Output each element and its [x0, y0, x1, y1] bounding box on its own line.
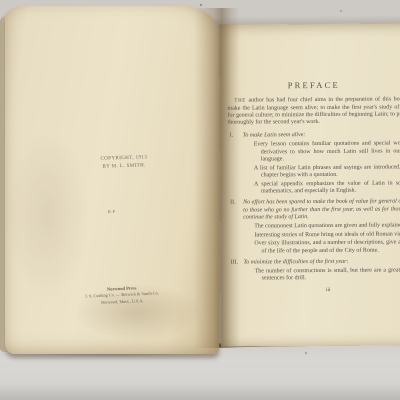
section-item: Every lesson contains familiar quotation…: [261, 141, 400, 164]
section-heading: To make Latin seem alive:: [243, 133, 306, 139]
section-item: Over sixty illustrations, and a number o…: [261, 240, 400, 256]
section-item: A list of familiar Latin phrases and say…: [261, 164, 400, 180]
intro-body: author has had four chief aims in the pr…: [227, 97, 400, 126]
printer-mark: K·P: [108, 209, 115, 214]
intro-lead-word: The: [234, 99, 246, 104]
book-photo: COPYRIGHT, 1913 BY M. L. SMITH. K·P Norw…: [0, 0, 400, 400]
section-items: The number of constructions is small, bu…: [244, 267, 400, 283]
section-heading: To minimize the difficulties of the firs…: [243, 259, 348, 266]
preface-text-column: PREFACE The author has had four chief ai…: [227, 81, 400, 295]
section-item: A special appendix emphasizes the value …: [261, 180, 400, 196]
section-item: Interesting stories of Rome bring out id…: [261, 231, 400, 239]
section-item: The commonest Latin quotations are given…: [261, 222, 400, 230]
section-item: The number of constructions is small, bu…: [262, 267, 400, 283]
preface-intro: The author has had four chief aims in th…: [227, 97, 400, 127]
preface-title: PREFACE: [227, 81, 400, 90]
copyright-block: COPYRIGHT, 1913 BY M. L. SMITH.: [86, 155, 162, 170]
preface-section-3: III. To minimize the difficulties of the…: [228, 258, 400, 283]
section-items: Every lesson contains familiar quotation…: [243, 141, 400, 196]
section-numeral: I.: [230, 133, 234, 140]
section-heading: No effort has been spared to make the bo…: [243, 199, 400, 221]
section-numeral: III.: [230, 260, 238, 267]
preface-section-2: II. No effort has been spared to make th…: [228, 199, 400, 256]
copyright-line: COPYRIGHT, 1913: [86, 155, 162, 162]
preface-section-1: I. To make Latin seem alive: Every lesso…: [228, 132, 400, 196]
section-numeral: II.: [230, 200, 236, 207]
section-items: The commonest Latin quotations are given…: [243, 222, 400, 255]
page-number: iii: [229, 287, 400, 296]
